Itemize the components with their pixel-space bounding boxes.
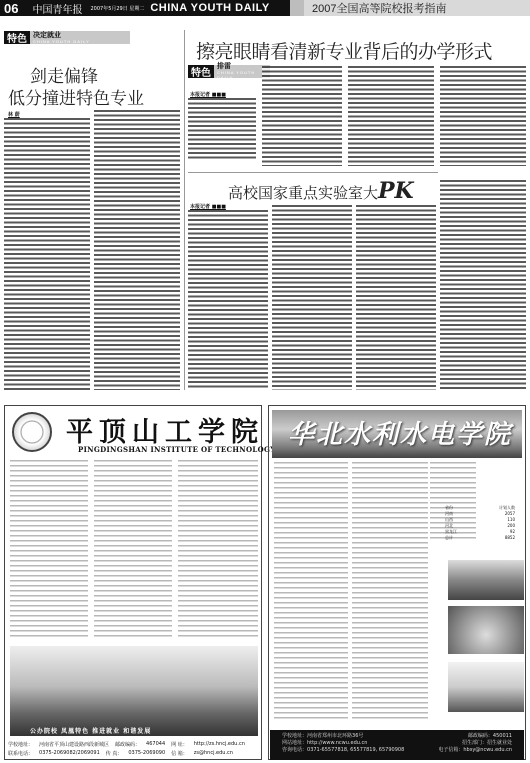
- issue-date: 2007年5月29日 星期二: [90, 5, 144, 12]
- email-value[interactable]: hbsy@ncwu.edu.cn: [463, 747, 512, 753]
- top-article-col3: [348, 66, 434, 166]
- top-article-col1: [188, 98, 256, 160]
- left-headline-line2: 低分撞进特色专业: [8, 84, 144, 109]
- column-divider: [184, 30, 185, 390]
- postcode-value: 450011: [493, 733, 512, 739]
- tag-title: 决定就业: [33, 32, 130, 39]
- masthead: 06 中国青年报 2007年5月29日 星期二 CHINA YOUTH DAIL…: [0, 0, 530, 16]
- ncwu-name-cn: 华北水利水电学院: [288, 414, 512, 451]
- ncwu-text-col2: [352, 462, 428, 722]
- contact-row-3: 咨询电话：0371-65577818, 65577819, 65790908 电…: [282, 747, 512, 754]
- middle-article-col1: [188, 210, 268, 390]
- contact-row-1: 学校地址：河南省平顶山建设路西段新城区 邮政编码：467044 网 址：http…: [8, 741, 258, 748]
- address-value: 河南省平顶山建设路西段新城区: [39, 741, 109, 748]
- campus-photo: [10, 646, 258, 736]
- contact-row-2: 联系电话：0375-2069082/2069091 传 真：0375-20690…: [8, 750, 258, 757]
- pingdingshan-text-col1: [10, 460, 88, 640]
- middle-article-col4: [440, 180, 526, 390]
- middle-article-col3: [356, 205, 436, 390]
- tag-icon: 特色: [4, 31, 30, 44]
- address-label: 学校地址：: [8, 741, 33, 748]
- tag-icon: 特色: [188, 65, 214, 78]
- contact-row-1: 学校地址：河南省郑州市北环路36号 邮政编码：450011: [282, 733, 512, 740]
- postcode-label: 邮政编码：: [115, 741, 140, 748]
- section-title: 2007全国高等院校报考指南: [304, 0, 530, 16]
- website-label: 网 址：: [171, 741, 188, 748]
- website-value[interactable]: http://zs.hncj.edu.cn: [194, 741, 245, 748]
- left-article-col2: [94, 110, 180, 390]
- pingdingshan-contact: 学校地址：河南省平顶山建设路西段新城区 邮政编码：467044 网 址：http…: [8, 741, 258, 757]
- pingdingshan-text-col2: [94, 460, 172, 640]
- top-article-col2: [262, 66, 342, 166]
- address-value: 河南省郑州市北环路36号: [307, 733, 363, 739]
- pingdingshan-slogan: 公办院校 凤凰特色 推进就业 和谐发展: [30, 726, 151, 735]
- contact-row-2: 网站地址：http://www.ncwu.edu.cn 招生部门：招生就业处: [282, 740, 512, 747]
- email-label: 信 箱：: [171, 750, 188, 757]
- office-value: 招生就业处: [487, 740, 512, 746]
- ncwu-contact-bar: 学校地址：河南省郑州市北环路36号 邮政编码：450011 网站地址：http:…: [270, 730, 524, 760]
- left-article-col1: [4, 118, 90, 390]
- middle-article-col2: [272, 205, 352, 390]
- aerial-campus-photo: [448, 560, 524, 600]
- left-section-tag: 特色 决定就业 CHINA YOUTH DAILY: [4, 31, 130, 44]
- plaza-photo: [448, 606, 524, 654]
- left-author: 林 蔚: [8, 111, 20, 118]
- paper-logo: 中国青年报: [32, 1, 82, 16]
- table-row: 总计8852: [445, 535, 515, 541]
- phone-value: 0375-2069082/2069091: [39, 750, 100, 757]
- enrollment-table: 省份计划人数 河南2057 山西110 河北200 黑龙江92 总计8852: [445, 505, 515, 541]
- fax-label: 传 真：: [106, 750, 123, 757]
- pingdingshan-name-en: PINGDINGSHAN INSTITUTE OF TECHNOLOGY: [78, 445, 276, 454]
- phone-label: 联系电话：: [8, 750, 33, 757]
- postcode-value: 467044: [146, 741, 165, 748]
- masthead-black-bar: 06 中国青年报 2007年5月29日 星期二 CHINA YOUTH DAIL…: [0, 0, 290, 16]
- middle-headline-text: 高校国家重点实验室大: [228, 184, 378, 202]
- fax-value: 0375-2069090: [128, 750, 165, 757]
- top-headline: 擦亮眼睛看清新专业背后的办学形式: [196, 37, 492, 64]
- email-value[interactable]: zs@hncj.edu.cn: [194, 750, 233, 757]
- section-rule: [188, 172, 438, 173]
- page-number: 06: [4, 1, 18, 16]
- pingdingshan-text-col3: [178, 460, 258, 640]
- top-byline: 本报记者 ■■■: [190, 91, 226, 98]
- website-value[interactable]: http://www.ncwu.edu.cn: [307, 740, 367, 746]
- ncwu-text-col1: [274, 462, 348, 722]
- stadium-photo: [448, 662, 524, 712]
- top-article-col4: [440, 66, 526, 166]
- school-seal-icon: [12, 412, 52, 452]
- pingdingshan-name-cn: 平顶山工学院: [66, 410, 264, 449]
- phone-value: 0371-65577818, 65577819, 65790908: [307, 747, 404, 753]
- tag-subtitle: CHINA YOUTH DAILY: [33, 39, 130, 44]
- tag-bar: 决定就业 CHINA YOUTH DAILY: [30, 31, 130, 44]
- middle-byline: 本报记者 ■■■: [190, 203, 226, 210]
- middle-headline: 高校国家重点实验室大PK: [228, 178, 414, 204]
- middle-headline-pk: PK: [378, 178, 414, 204]
- top-section-tag: 特色 排雷 CHINA YOUTH DAILY: [188, 65, 270, 78]
- masthead-divider: [290, 0, 304, 16]
- english-paper-name: CHINA YOUTH DAILY: [150, 2, 269, 14]
